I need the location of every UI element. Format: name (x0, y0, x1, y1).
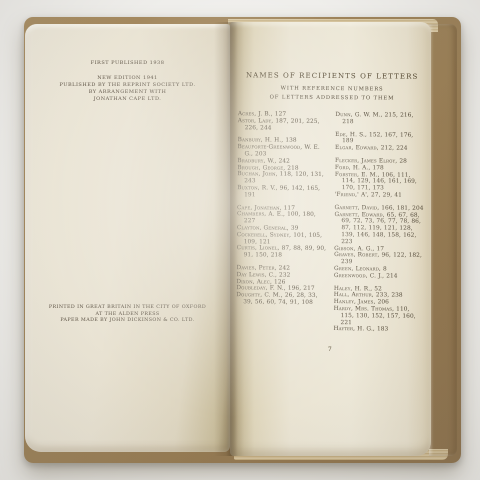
index-entry: Beauforte-Greenwood, W. E. G., 203 (237, 144, 328, 158)
index-entry: Buxton, R. V., 96, 142, 165, 191 (237, 185, 328, 199)
first-published-line: FIRST PUBLISHED 1938 (25, 60, 230, 67)
text-line: JONATHAN CAPE LTD. (25, 96, 230, 103)
index-entry: Forster, E. M., 106, 111, 114, 129, 146,… (335, 172, 426, 193)
index-group: Garnett, David, 166, 181, 204Garnett, Ed… (334, 205, 425, 281)
text-line: NEW EDITION 1941 (25, 75, 230, 82)
index-group: Dunn, G. W. M., 215, 216, 218 (335, 112, 426, 126)
left-page: FIRST PUBLISHED 1938 NEW EDITION 1941PUB… (25, 24, 230, 452)
page-title: NAMES OF RECIPIENTS OF LETTERS (238, 71, 426, 81)
index-group: Ede, H. S., 152, 167, 176, 189Elgar, Edw… (335, 132, 426, 153)
index-entry: Chambers, A. E., 100, 180, 227 (237, 212, 328, 226)
text-line: PUBLISHED BY THE REPRINT SOCIETY LTD. (25, 82, 230, 89)
text-line: BY ARRANGEMENT WITH (25, 89, 230, 96)
index-entry: Curtis, Lionel, 87, 88, 89, 90, 91, 150,… (237, 246, 328, 260)
index-entry: Elgar, Edward, 212, 224 (335, 145, 426, 153)
index-group: Davies, Peter, 242Day Lewis, C., 232Dixo… (236, 265, 327, 307)
index-group: Banbury, H. H., 138Beauforte-Greenwood, … (237, 138, 328, 200)
index-entry: 'Friend,' A', 27, 29, 41 (335, 192, 426, 200)
index-group: Flecker, James Elroy, 28Ford, H. A., 178… (335, 158, 426, 200)
index-group: Cape, Jonathan, 117Chambers, A. E., 100,… (237, 205, 328, 260)
index-entry: Graves, Robert, 96, 122, 182, 239 (334, 252, 425, 266)
index-group: Haley, H. R., 52Hall, Arthur, 233, 238Ha… (333, 286, 424, 334)
index-entry: Doughty, C. M., 26, 28, 33, 39, 56, 60, … (236, 292, 327, 306)
page-number: 7 (236, 345, 424, 354)
index-columns: Acres, J. B., 127Astor, Lady, 187, 201, … (236, 111, 426, 340)
index-entry: Hardy, Mrs. Thomas, 110, 115, 130, 152, … (334, 306, 425, 327)
index-group: Acres, J. B., 127Astor, Lady, 187, 201, … (238, 111, 329, 132)
printer-block: PRINTED IN GREAT BRITAIN IN THE CITY OF … (25, 305, 230, 325)
book-photo: FIRST PUBLISHED 1938 NEW EDITION 1941PUB… (0, 0, 480, 480)
index-entry: Buchan, John, 118, 120, 131, 243 (237, 172, 328, 186)
index-column-left: Acres, J. B., 127Astor, Lady, 187, 201, … (236, 111, 328, 339)
index-column-right: Dunn, G. W. M., 215, 216, 218Ede, H. S.,… (333, 112, 425, 340)
text-line: PAPER MADE BY JOHN DICKINSON & CO. LTD. (25, 318, 230, 325)
index-entry: Dunn, G. W. M., 215, 216, 218 (335, 112, 426, 126)
index-entry: Garnett, Edward, 65, 67, 68, 69, 72, 73,… (334, 212, 425, 247)
index-content: NAMES OF RECIPIENTS OF LETTERS WITH REFE… (236, 71, 426, 354)
index-entry: Cockerell, Sydney, 101, 105, 109, 121 (237, 232, 328, 246)
index-entry: Astor, Lady, 187, 201, 225, 226, 244 (238, 118, 329, 132)
index-entry: Hayter, H. G., 183 (333, 326, 424, 334)
right-page: NAMES OF RECIPIENTS OF LETTERS WITH REFE… (230, 22, 431, 456)
index-entry: Greenwood, C. J., 214 (334, 273, 425, 281)
imprint-block: FIRST PUBLISHED 1938 NEW EDITION 1941PUB… (25, 60, 230, 103)
index-entry: Ede, H. S., 152, 167, 176, 189 (335, 132, 426, 146)
edition-lines: NEW EDITION 1941PUBLISHED BY THE REPRINT… (25, 75, 230, 103)
subtitle-line-2: OF LETTERS ADDRESSED TO THEM (238, 94, 426, 102)
book-fore-edge (429, 24, 457, 456)
subtitle-line-1: WITH REFERENCE NUMBERS (238, 85, 426, 93)
text-line: PRINTED IN GREAT BRITAIN IN THE CITY OF … (25, 305, 230, 312)
